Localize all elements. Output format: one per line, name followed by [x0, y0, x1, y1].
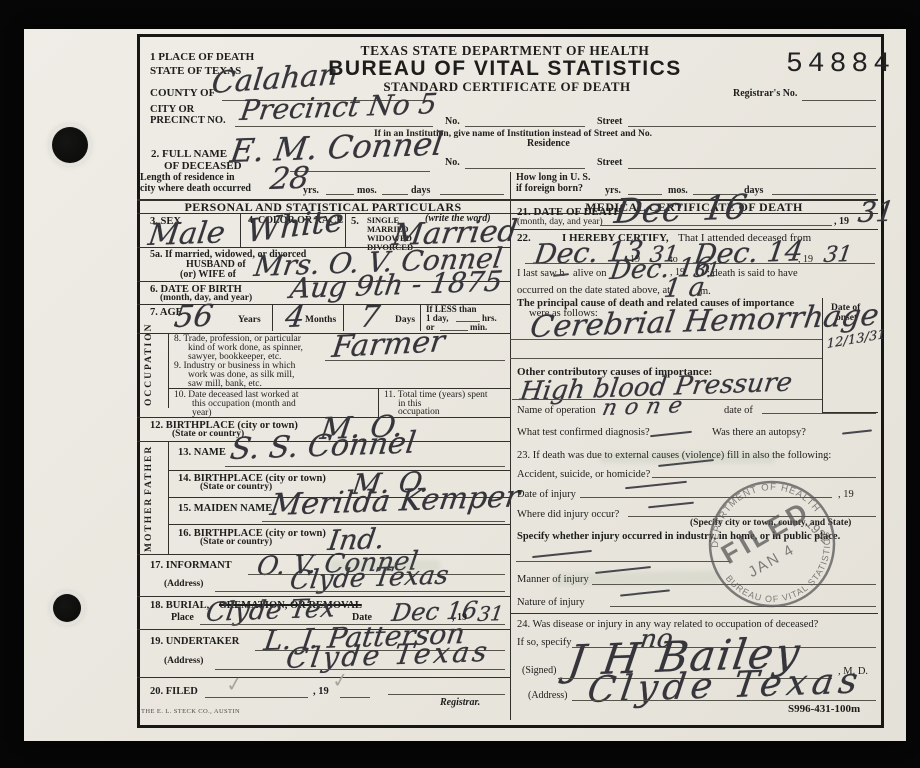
occupation-vertical-label: OCCUPATION: [144, 336, 154, 406]
blank-line: [510, 358, 822, 359]
spouse-label-3: (or) WIFE of: [180, 270, 236, 281]
cell-divider: [343, 304, 344, 331]
blank-line: [465, 168, 585, 169]
autopsy-label: Was there an autopsy?: [712, 427, 806, 438]
age-months-label: Months: [305, 316, 336, 326]
signed-label: (Signed): [522, 666, 556, 677]
handwritten-full-name: E. M. Connel: [228, 125, 445, 170]
strip-divider: [168, 333, 169, 408]
if-so-specify-label: If so, specify: [517, 637, 572, 648]
blank-line: [205, 697, 308, 698]
blank-line: [215, 669, 505, 670]
handwritten-father-name: S. S. Connel: [228, 426, 418, 467]
injury-date-label: Date of injury: [517, 489, 576, 500]
handwritten-death-year: 31: [856, 195, 897, 229]
date-of-death-label-2: (month, day, and year): [517, 218, 603, 228]
registrar-no-label: Registrar's No.: [733, 89, 797, 100]
city-label-1: CITY OR: [150, 104, 194, 115]
no-label: No.: [445, 117, 460, 128]
operation-label: Name of operation: [517, 405, 596, 416]
less-than-min: min.: [470, 323, 487, 332]
fullname-label-1: 2. FULL NAME: [151, 149, 227, 161]
mother-maiden-label: 15. MAIDEN NAME: [178, 503, 272, 514]
handwritten-check-mark: ✓: [330, 667, 350, 694]
blank-line: [600, 225, 832, 226]
death-said-label: ; death is said to have: [707, 268, 798, 279]
undertaker-address-label: (Address): [164, 657, 203, 667]
handwritten-occupation: Farmer: [330, 324, 447, 365]
cell-divider: [272, 304, 273, 331]
date-of-label: date of: [724, 405, 753, 416]
handwritten-precinct: Precinct No 5: [238, 87, 439, 127]
father-vertical-label: FATHER: [144, 444, 154, 496]
residence-label: Residence: [527, 139, 570, 150]
informant-label: 17. INFORMANT: [150, 560, 232, 571]
cell-divider: [240, 213, 241, 247]
us-length-label-2: if foreign born?: [516, 184, 583, 195]
marital-number: 5.: [351, 216, 359, 227]
rule-line: [168, 470, 510, 471]
certify-number: 22.: [517, 233, 531, 245]
yrs-label: yrs.: [303, 186, 319, 197]
registrar-label: Registrar.: [440, 698, 480, 709]
handwritten-to-year: 31: [822, 242, 854, 268]
rule-line: [822, 412, 878, 413]
handwritten-burial-year: 31: [476, 601, 505, 626]
us-length-label-1: How long in U. S.: [516, 173, 590, 184]
bureau-title: BUREAU OF VITAL STATISTICS: [328, 58, 682, 80]
rule-line: [137, 677, 510, 678]
blank-line: [382, 194, 408, 195]
filed-label: 20. FILED: [150, 686, 198, 697]
mos-label: mos.: [357, 186, 377, 197]
handwritten-check-mark: ✓: [224, 671, 244, 698]
rule-line: [510, 229, 878, 230]
rule-line: [168, 388, 510, 389]
informant-address-label: (Address): [164, 580, 203, 590]
blank-line: [326, 194, 354, 195]
age-years-label: Years: [238, 316, 261, 326]
state-country-label: (State or country): [200, 538, 272, 548]
blank-line: [628, 168, 876, 169]
certificate-number: 54884: [786, 50, 895, 79]
bleed-through-artifact: [330, 560, 440, 571]
burial-label: 18. BURIAL,: [150, 600, 209, 611]
residence-length-label-2: city where death occurred: [140, 184, 251, 195]
nature-label: Nature of injury: [517, 597, 585, 608]
age-days-label: Days: [395, 316, 415, 326]
test-label: What test confirmed diagnosis?: [517, 427, 650, 438]
blank-line: [325, 360, 505, 361]
no-label: No.: [445, 158, 460, 169]
m-label: m.: [700, 286, 711, 297]
undertaker-label: 19. UNDERTAKER: [150, 636, 239, 647]
strip-divider: [168, 441, 169, 555]
blank-line: [572, 700, 876, 701]
blank-line: [762, 413, 876, 414]
blank-line: [440, 194, 504, 195]
place-of-death-label: 1 PLACE OF DEATH: [150, 52, 254, 64]
death-year-prefix: , 19: [834, 217, 849, 228]
printer-credit: THE E. L. STECK CO., AUSTIN: [141, 709, 240, 716]
residence-length-label-1: Length of residence in: [140, 173, 235, 184]
accident-label: Accident, suicide, or homicide?: [517, 469, 650, 480]
blank-line: [290, 171, 430, 172]
last-saw-label-2: alive on: [573, 268, 607, 279]
punch-hole-bottom: [53, 594, 81, 622]
blank-line: [628, 126, 876, 127]
street-label: Street: [597, 158, 622, 169]
blank-line: [510, 339, 822, 340]
injury-where-label: Where did injury occur?: [517, 509, 619, 520]
bleed-through-artifact: [600, 452, 775, 463]
handwritten-age-years: 56: [172, 299, 215, 335]
blank-line: [340, 697, 370, 698]
form-code: S996-431-100m: [788, 704, 860, 716]
street-label: Street: [597, 117, 622, 128]
handwritten-operation: none: [600, 393, 693, 421]
filed-year-prefix: , 19: [313, 686, 329, 697]
blank-line: [388, 694, 505, 695]
physician-address-label: (Address): [528, 691, 567, 702]
scanned-death-certificate: 1 PLACE OF DEATH STATE OF TEXAS COUNTY O…: [0, 0, 920, 768]
city-label-2: PRECINCT NO.: [150, 115, 226, 126]
blank-line: [772, 194, 876, 195]
days-label: days: [411, 186, 430, 197]
blank-line: [802, 100, 876, 101]
punch-hole-top: [52, 127, 88, 163]
state-country-label: (State or country): [200, 483, 272, 493]
column-divider: [510, 172, 511, 720]
father-name-label: 13. NAME: [178, 447, 226, 458]
blank-line: [215, 591, 505, 592]
mother-vertical-label: MOTHER: [144, 500, 154, 552]
blank-line: [465, 126, 585, 127]
occurred-label: occurred on the date stated above, at: [517, 285, 670, 296]
cell-divider: [345, 213, 346, 247]
county-label: COUNTY OF: [150, 88, 215, 100]
burial-place-label: Place: [171, 613, 194, 624]
